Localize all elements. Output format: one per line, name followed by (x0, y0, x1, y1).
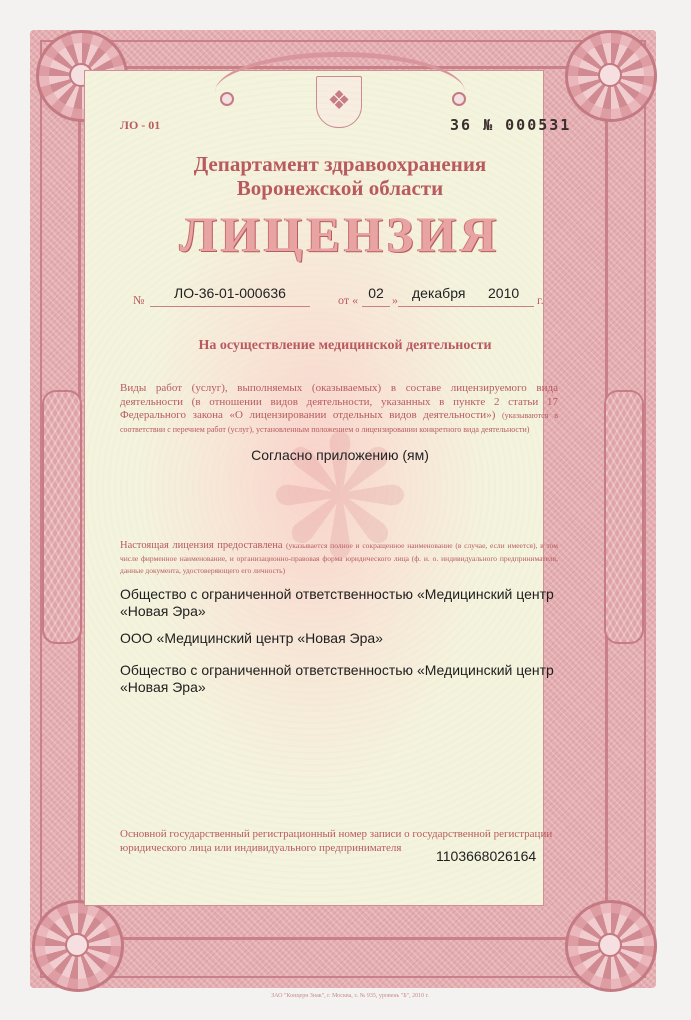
license-year: 2010 (488, 285, 519, 301)
printer-imprint: ЗАО "Концерн Знак", г. Москва, з. № 935,… (200, 993, 500, 999)
rosette-top-right-icon (565, 30, 657, 122)
granted-text: Настоящая лицензия предоставлена (120, 540, 283, 551)
day-underline (362, 306, 390, 307)
blank-number: 000531 (505, 116, 571, 134)
arch-dot-right-icon (452, 92, 466, 106)
works-value: Согласно приложению (ям) (120, 447, 560, 463)
license-number: ЛО-36-01-000636 (150, 285, 310, 301)
rosette-bottom-right-icon (565, 900, 657, 992)
series: 36 (450, 116, 472, 134)
month-underline (398, 306, 534, 307)
side-panel-right (604, 390, 644, 644)
blank-serial-number: 36 № 000531 (450, 116, 571, 134)
license-day: 02 (360, 285, 392, 301)
granted-description: Настоящая лицензия предоставлена (указыв… (120, 540, 558, 578)
works-text: Виды работ (услуг), выполняемых (оказыва… (120, 382, 558, 421)
arch-dot-left-icon (220, 92, 234, 106)
side-panel-left (42, 390, 82, 644)
document-title: ЛИЦЕНЗИЯ (120, 205, 560, 263)
license-number-underline (150, 306, 310, 307)
department-line-2: Воронежской области (130, 176, 550, 200)
department-line-1: Департамент здравоохранения (130, 152, 550, 176)
date-from-label: от « (338, 293, 358, 308)
rosette-bottom-left-icon (32, 900, 124, 992)
license-number-label: № (133, 293, 144, 308)
organization-short-name: ООО «Медицинский центр «Новая Эра» (120, 630, 560, 647)
license-month: декабря (412, 285, 465, 301)
organization-full-name: Общество с ограниченной ответственностью… (120, 586, 560, 620)
organization-brand-name: Общество с ограниченной ответственностью… (120, 662, 560, 696)
issuing-department: Департамент здравоохранения Воронежской … (130, 152, 550, 200)
number-sign: № (483, 116, 494, 134)
ogrn-number: 1103668026164 (436, 848, 536, 864)
form-code: ЛО - 01 (120, 118, 160, 133)
year-suffix: г. (537, 293, 544, 308)
licensed-activity: На осуществление медицинской деятельност… (120, 338, 570, 354)
works-description: Виды работ (услуг), выполняемых (оказыва… (120, 382, 558, 436)
coat-of-arms-icon: ❖ (316, 76, 362, 128)
